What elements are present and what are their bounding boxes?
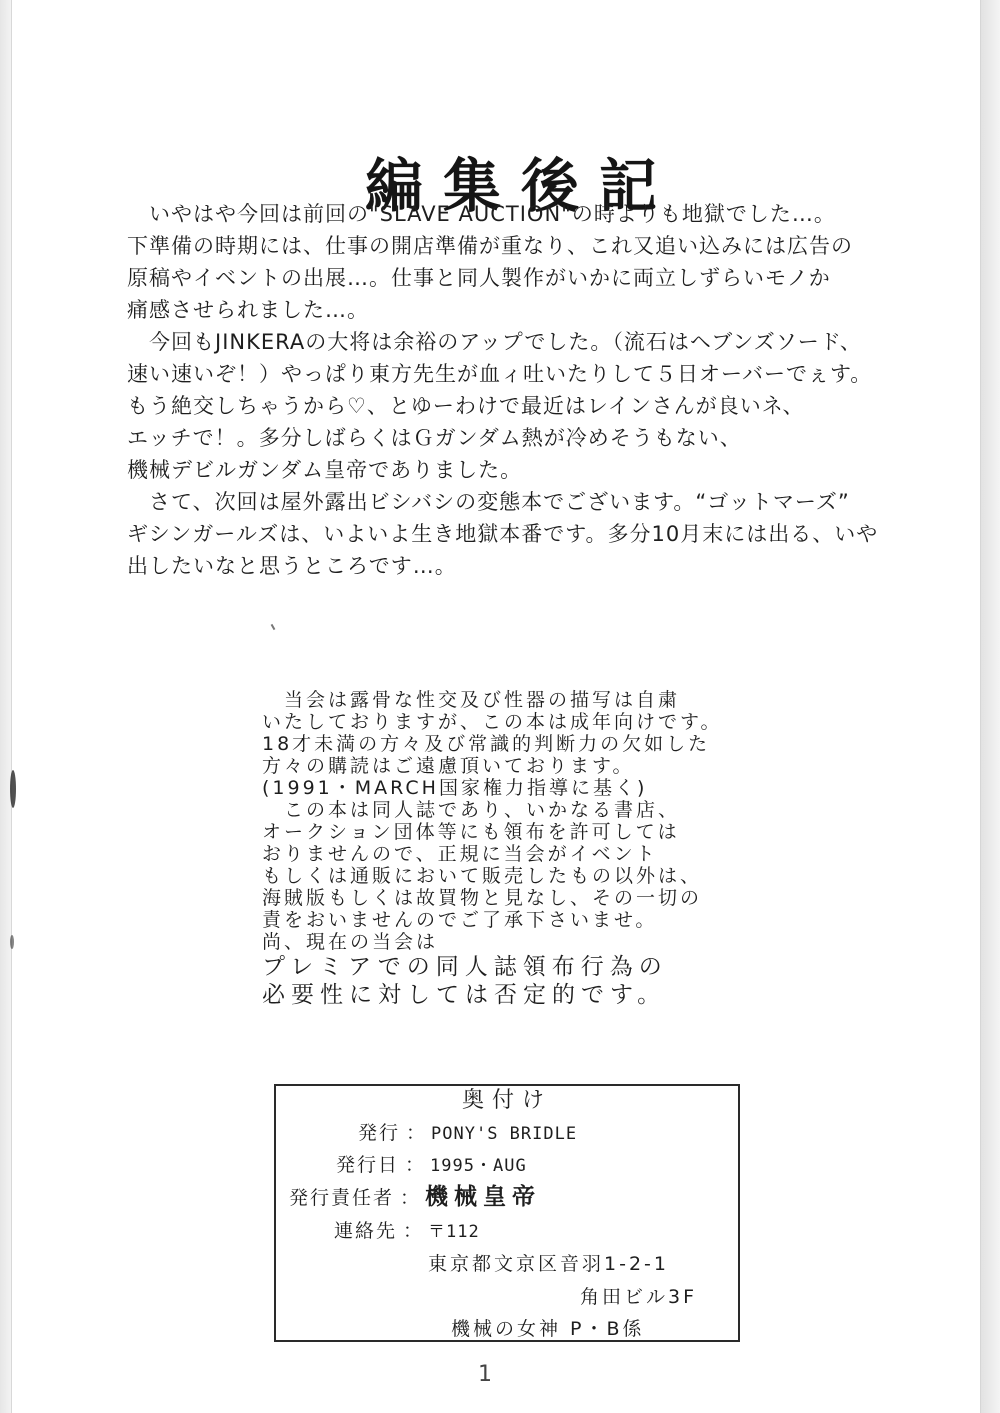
afterword-line: ギシンガールズは、いよいよ生き地獄本番です。多分10月末には出る、いや [127,518,887,550]
afterword-line: エッチで！。多分しばらくはＧガンダム熱が冷めそうもない、 [127,422,887,454]
date-label: 発行日 [336,1154,399,1176]
notice-line: (1991・MARCH国家権力指導に基く) [262,777,762,799]
separator: ： [394,1187,425,1209]
separator: ： [400,1122,431,1144]
notice-line: オークション団体等にも領布を許可しては [262,821,762,843]
separator: ： [399,1154,430,1176]
afterword-line: さて、次回は屋外露出ビシバシの変態本でございます。“ゴットマーズ” [127,486,887,518]
notice-line: もしくは通販において販売したもの以外は、 [262,865,762,887]
scan-edge-left [0,0,12,1413]
contact-label: 連絡先 [334,1220,397,1242]
afterword-line: 今回もJINKERAの大将は余裕のアップでした。（流石はヘブンズソード、 [127,326,887,358]
page-number: 1 [478,1362,492,1387]
notice-line: おりませんので、正規に当会がイベント [262,843,762,865]
afterword-line: 速い速いぞ！）やっぱり東方先生が血ィ吐いたりして５日オーバーでぇす。 [127,358,887,390]
afterword-line: もう絶交しちゃうから♡、とゆーわけで最近はレインさんが良いネ、 [127,390,887,422]
responsible-value: 機械皇帝 [425,1184,541,1210]
notice-line: 18才未満の方々及び常識的判断力の欠如した [262,733,762,755]
colophon-box: 奥付け 発行：PONY'S BRIDLE 発行日：1995・AUG 発行責任者：… [274,1084,740,1342]
notice-line: 海賊版もしくは故買物と見なし、その一切の [262,887,762,909]
address-line-3: 機械の女神 P・B係 [451,1317,645,1341]
colophon-publisher: 発行：PONY'S BRIDLE [358,1121,577,1146]
address-line-1: 東京都文京区音羽1-2-1 [428,1252,669,1276]
address-line-2: 角田ビル3F [580,1285,697,1309]
legal-notice: 当会は露骨な性交及び性器の描写は自粛 いたしておりますが、この本は成年向けです。… [262,689,762,1009]
notice-line: 当会は露骨な性交及び性器の描写は自粛 [262,689,762,711]
scan-edge-right [980,0,1000,1413]
notice-emphasis-line: 必要性に対しては否定的です。 [262,981,762,1009]
notice-line: いたしておりますが、この本は成年向けです。 [262,711,762,733]
afterword-line: 原稿やイベントの出展…。仕事と同人製作がいかに両立しずらいモノか [127,262,887,294]
colophon-contact: 連絡先：〒112 [334,1219,480,1244]
notice-emphasis-line: プレミアでの同人誌領布行為の [262,953,762,981]
afterword-line: 出したいなと思うところです…。 [127,550,887,582]
scan-smudge [10,935,14,949]
notice-line: 方々の購読はご遠慮頂いております。 [262,755,762,777]
date-value: 1995・AUG [430,1156,527,1176]
postal-code: 〒112 [428,1222,480,1242]
colophon-responsible: 発行責任者：機械皇帝 [289,1185,541,1210]
colophon-heading: 奥付け [276,1088,738,1114]
scan-mark [271,624,276,630]
notice-line: 責をおいませんのでご了承下さいませ。 [262,909,762,931]
separator: ： [397,1220,428,1242]
afterword-line: いやはや今回は前回の"SLAVE AUCTION"の時よりも地獄でした…。 [127,198,887,230]
notice-line: この本は同人誌であり、いかなる書店、 [262,799,762,821]
afterword-line: 痛感させられました…。 [127,294,887,326]
colophon-date: 発行日：1995・AUG [336,1153,527,1178]
scan-smudge [10,770,16,808]
responsible-label: 発行責任者 [289,1187,394,1209]
publisher-label: 発行 [358,1122,400,1144]
publisher-value: PONY'S BRIDLE [431,1124,577,1144]
notice-line: 尚、現在の当会は [262,931,762,953]
afterword-line: 下準備の時期には、仕事の開店準備が重なり、これ又追い込みには広告の [127,230,887,262]
afterword-line: 機械デビルガンダム皇帝でありました。 [127,454,887,486]
afterword-text: いやはや今回は前回の"SLAVE AUCTION"の時よりも地獄でした…。 下準… [127,198,887,582]
